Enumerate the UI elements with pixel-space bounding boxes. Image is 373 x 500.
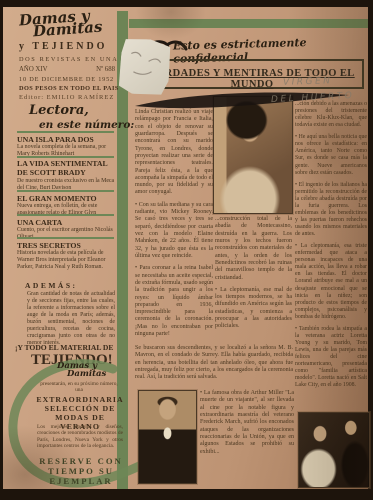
- man-portrait-photo: [138, 390, 197, 484]
- torn-sticker: [117, 37, 173, 98]
- article-bottom-paragraph: Se buscaron sus descendientes, y se loca…: [135, 345, 293, 387]
- toc-item-title: UNA CARTA: [17, 218, 62, 227]
- pencil-note-line1: VIRGEN: [283, 76, 333, 88]
- paragraph: • Con su talla mediana y su cara radiant…: [135, 202, 213, 261]
- toc-item-title: UNA ISLA PARA DOS: [17, 135, 94, 144]
- toc-item-title: EL GRAN MOMENTO: [17, 194, 97, 203]
- paragraph: ...construcción total de la abadía de Mo…: [215, 216, 292, 282]
- promo-cta: RESERVE CON TIEMPO SU EJEMPLAR: [39, 457, 123, 487]
- toc-item-desc: Historia novelada de esta película de Wa…: [17, 250, 116, 271]
- couple-photo: [298, 412, 370, 488]
- paragraph: Linda Christian realizó un viaje relámpa…: [135, 109, 213, 197]
- issue-row: AÑO XIV Nº 688: [19, 66, 115, 73]
- paragraph: • También rodea la simpatía a la veteran…: [295, 326, 367, 390]
- masthead-logo-line2: Damitas: [32, 18, 102, 41]
- ademas-text: Gran cantidad de notas de actualidad y d…: [27, 291, 115, 347]
- paragraph: • La cleptomanía, ese mal de los tiempos…: [215, 287, 292, 331]
- paragraph: • He aquí una bella noticia que nos ofre…: [295, 134, 367, 176]
- toc-item-desc: Cuento, por el escritor argentino Nicolá…: [17, 227, 116, 241]
- tejiendo-line1: ¡Y TODO EL MATERIAL DE: [15, 343, 113, 352]
- paragraph: • El ingenio de los italianos ha permiti…: [295, 182, 367, 239]
- section-rule: [17, 237, 114, 239]
- paragraph: • Para coronar a la reina Isabel se nece…: [135, 265, 213, 338]
- editor-line: Editor: EMILIO RAMÍREZ: [19, 94, 114, 101]
- section-rule: [17, 156, 114, 158]
- promo-logo-line2: Damitas: [67, 369, 106, 379]
- issue-year: AÑO XIV: [19, 66, 48, 73]
- paragraph: • La cleptomanía, esa triste enfermedad …: [295, 243, 367, 321]
- section-rule: [17, 190, 114, 192]
- article-column-1: Linda Christian realizó un viaje relámpa…: [135, 109, 213, 343]
- green-top-stripe: [129, 19, 368, 28]
- article-column-2: ...construcción total de la abadía de Mo…: [215, 216, 292, 336]
- toc-item-title: LA VIDA SENTIMENTAL DE SCOTT BRADY: [17, 160, 116, 177]
- price-line: DOS PESOS EN TODO EL PAIS: [19, 85, 119, 92]
- issue-date: 10 DE DICIEMBRE DE 1952: [19, 76, 114, 83]
- magazine-tagline: DOS REVISTAS EN UNA: [19, 56, 118, 63]
- magazine-page-photo: Damas y Damitas y TEJIENDO DOS REVISTAS …: [0, 0, 373, 500]
- toc-item-title: TRES SECRETOS: [17, 241, 81, 250]
- magazine-subtitle: y TEJIENDO: [19, 41, 107, 52]
- greeting-line2: en este número:: [39, 119, 134, 131]
- greeting-line1: Lectora,: [29, 103, 89, 118]
- section-rule: [17, 131, 114, 133]
- page-paper: Damas y Damitas y TEJIENDO DOS REVISTAS …: [3, 7, 368, 489]
- pencil-scribble: [124, 45, 166, 87]
- paragraph: Se buscaron sus descendientes, y se loca…: [135, 345, 293, 382]
- article-column-3: ...ción debido a las amenazas o presione…: [295, 101, 367, 394]
- section-rule: [17, 214, 114, 216]
- promo-intro: presentarán, en su próximo número, una: [39, 381, 119, 394]
- issue-number: Nº 688: [96, 66, 115, 73]
- ademas-title: ADEMÁS:: [25, 281, 78, 290]
- paragraph: • La famosa obra de Arthur Miller "La mu…: [200, 390, 294, 456]
- promo-body: Los mejores modelos y diseños, creacione…: [37, 424, 123, 450]
- article-bottom-column: • La famosa obra de Arthur Miller "La mu…: [200, 390, 294, 461]
